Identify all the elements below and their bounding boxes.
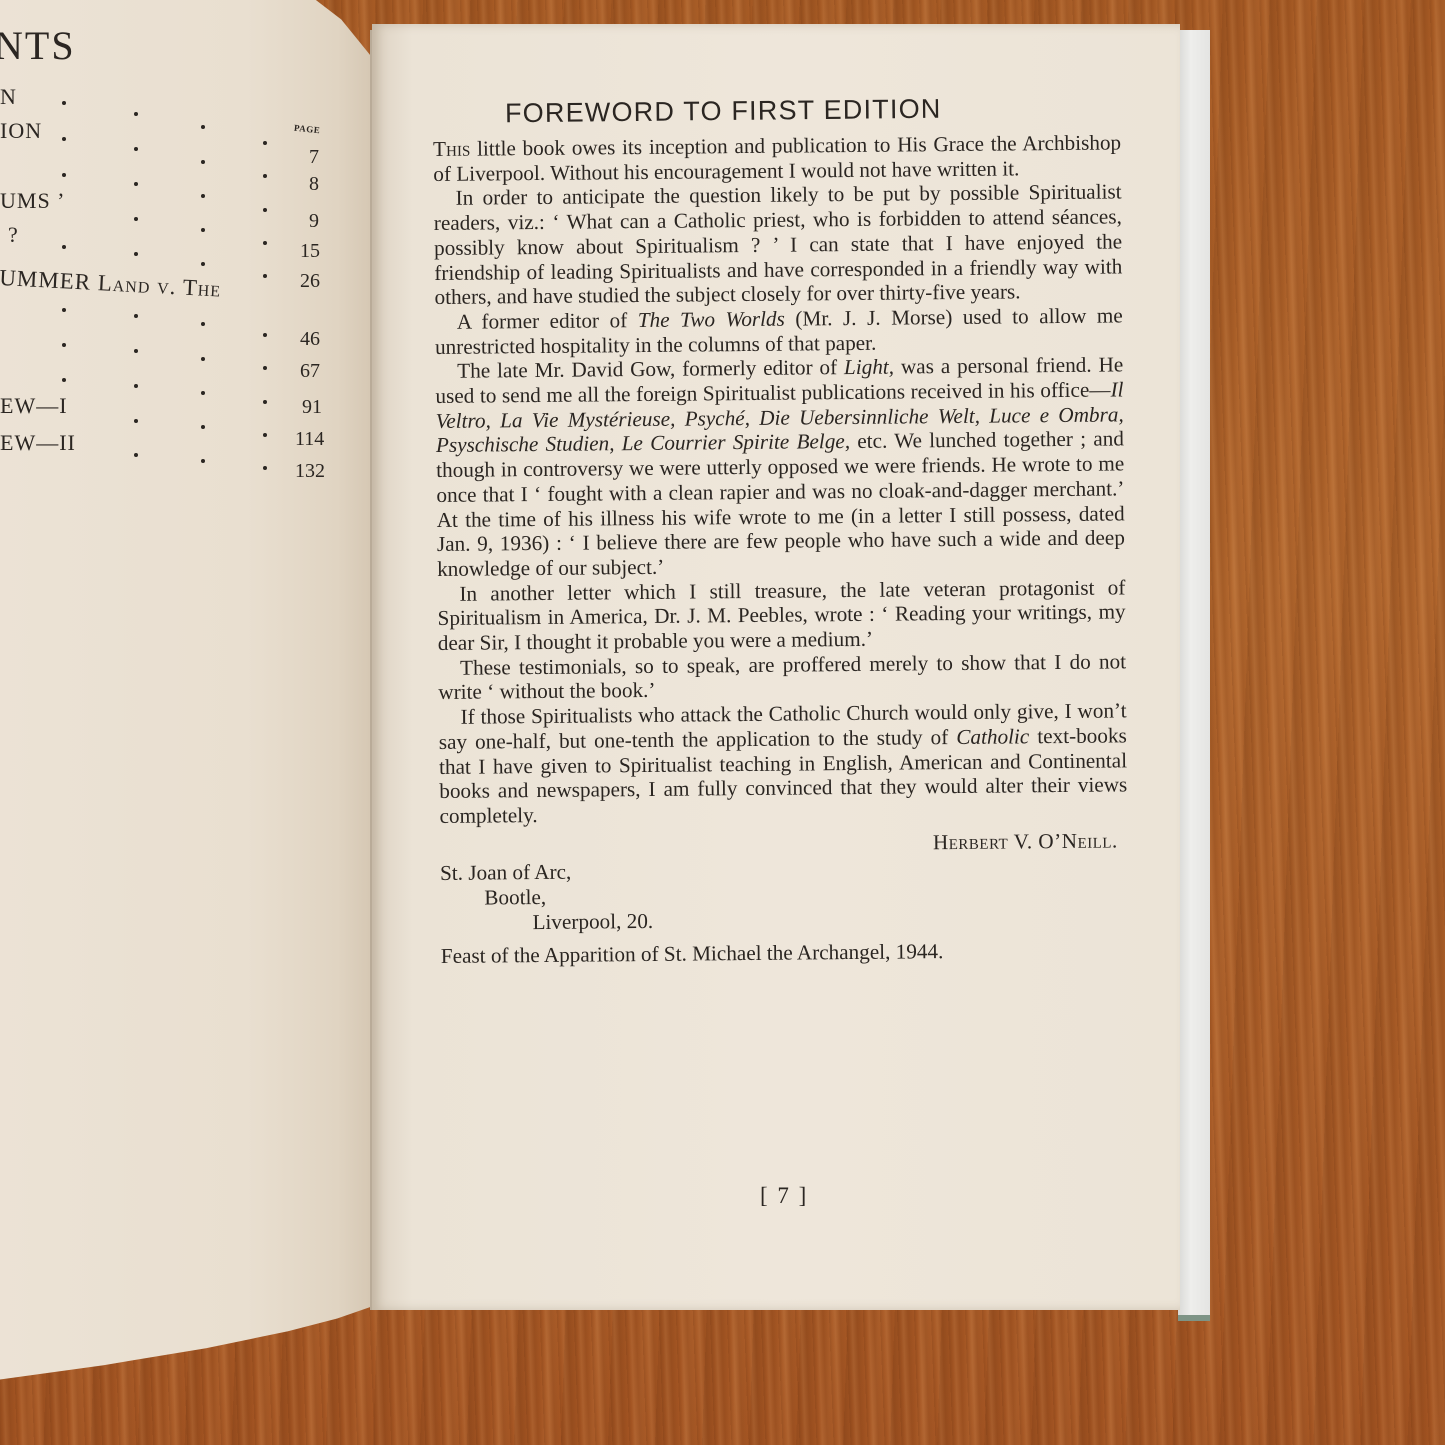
- toc-page-number: 46: [300, 328, 320, 351]
- paragraph: In order to anticipate the question like…: [433, 180, 1122, 310]
- toc-page-number: 9: [309, 210, 319, 233]
- toc-entry: EW—II: [0, 430, 76, 456]
- paragraph: This little book owes its inception and …: [433, 130, 1121, 186]
- page-title: FOREWORD TO FIRST EDITION: [505, 94, 942, 130]
- toc-entry: N: [0, 84, 17, 110]
- paragraph: A former editor of The Two Worlds (Mr. J…: [435, 303, 1123, 359]
- book-spine-gutter: [370, 30, 372, 1310]
- toc-page-number: 67: [300, 360, 320, 383]
- foreword-body: This little book owes its inception and …: [433, 130, 1129, 968]
- author-signature: Herbert V. O’Neill.: [440, 828, 1128, 859]
- toc-heading-fragment: NTS: [0, 22, 76, 69]
- paragraph: If those Spiritualists who attack the Ca…: [438, 699, 1127, 829]
- toc-page-number: 91: [302, 396, 322, 419]
- paragraph: In another letter which I still treasure…: [437, 575, 1126, 656]
- toc-entry: UMS ’: [0, 188, 66, 214]
- page-number: [ 7 ]: [760, 1183, 808, 1209]
- book-cover-edge: [1178, 30, 1210, 1321]
- toc-page-number: 7: [309, 146, 319, 169]
- toc-entry: ?: [8, 222, 19, 248]
- toc-entry: EW—I: [0, 393, 68, 419]
- paragraph: These testimonials, so to speak, are pro…: [438, 649, 1126, 705]
- toc-page-number: 26: [300, 270, 320, 293]
- toc-page-number: 132: [295, 460, 325, 483]
- toc-page-number: 114: [295, 428, 324, 451]
- toc-page-number: 15: [300, 240, 320, 263]
- toc-entry: ION: [0, 118, 42, 144]
- toc-page-number: 8: [309, 173, 319, 196]
- paragraph: The late Mr. David Gow, formerly editor …: [435, 353, 1125, 582]
